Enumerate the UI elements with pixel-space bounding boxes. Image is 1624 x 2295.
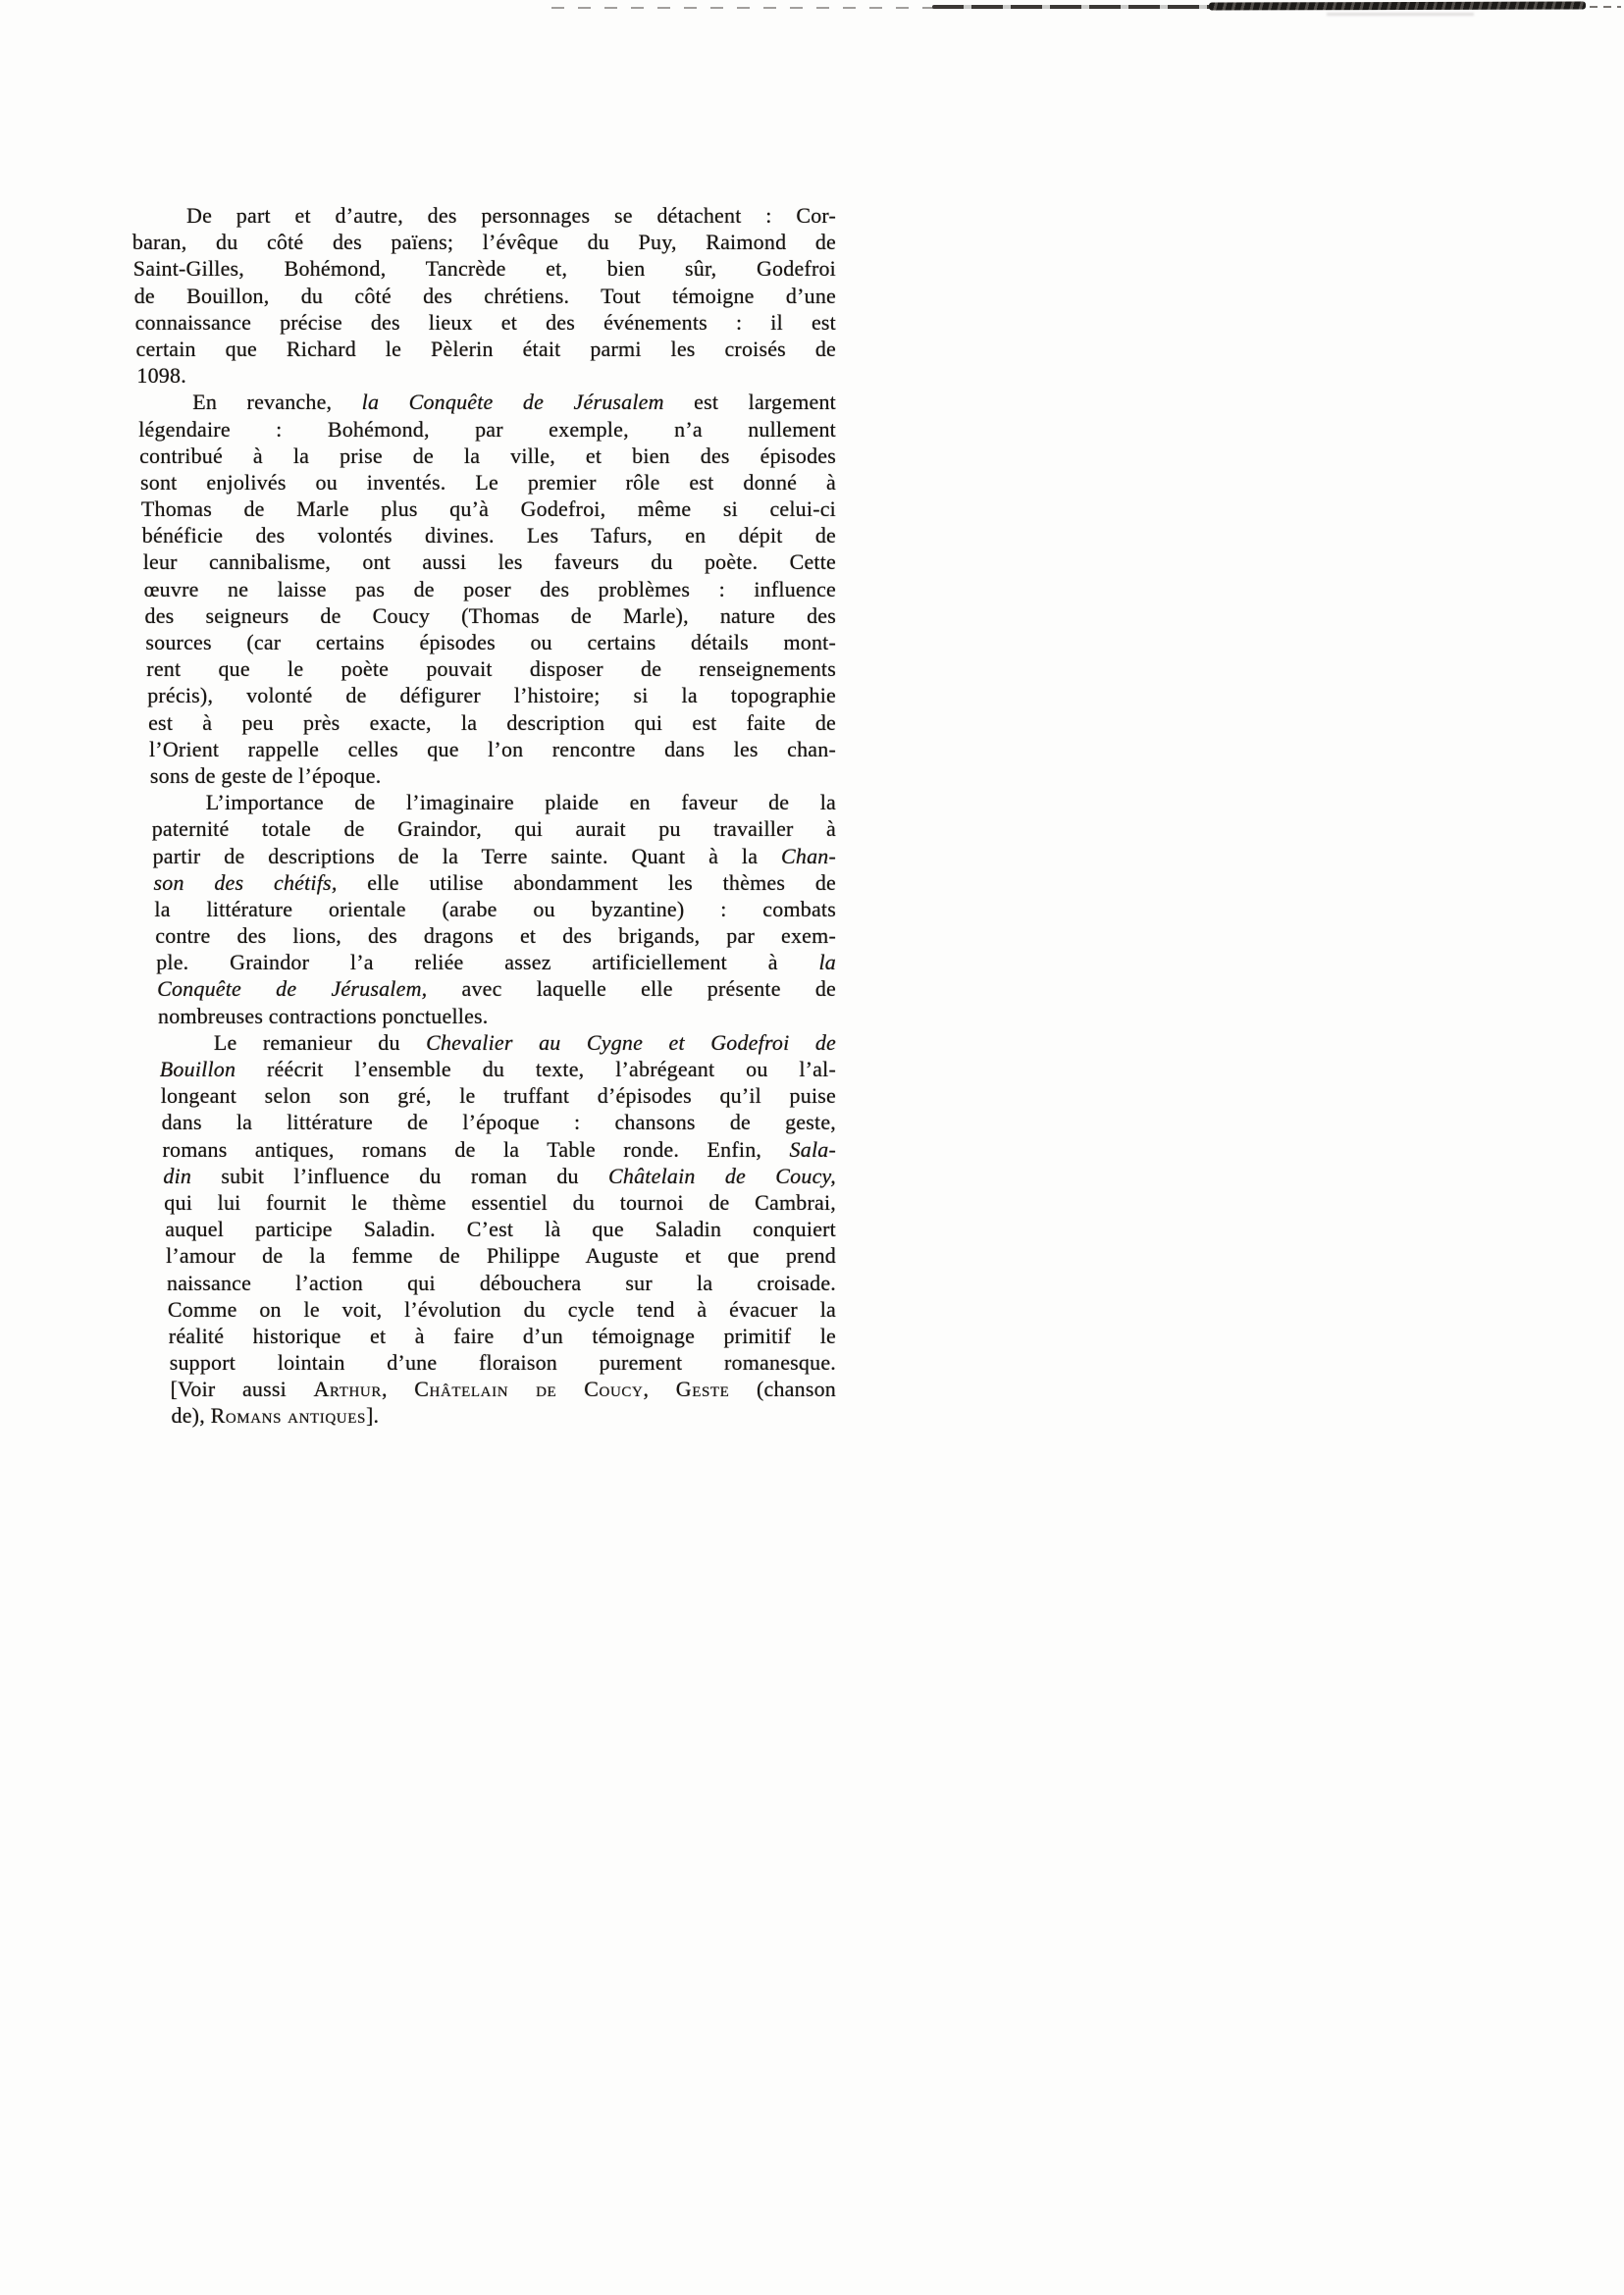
text-run: qui lui fournit le thème essentiel du to… [164, 1190, 836, 1215]
text-run: rent que le poète pouvait disposer de re… [146, 656, 836, 681]
text-run: romans antiques, romans de la Table rond… [163, 1137, 790, 1162]
text-run: contribué à la prise de la ville, et bie… [139, 443, 836, 468]
text-run: ple. Graindor l’a reliée assez artificie… [156, 950, 818, 974]
text-run: contre des lions, des dragons et des bri… [155, 923, 836, 948]
smallcaps-run: Châtelain de Coucy [414, 1377, 643, 1401]
text-run: légendaire : Bohémond, par exemple, n’a … [138, 417, 836, 442]
text-line: contre des lions, des dragons et des bri… [155, 922, 836, 949]
text-line: réalité historique et à faire d’un témoi… [169, 1323, 836, 1349]
text-run: bénéficie des volontés divines. Les Tafu… [142, 523, 836, 548]
italic-run: Bouillon [160, 1057, 236, 1081]
text-line: baran, du côté des païens; l’évêque du P… [132, 229, 836, 255]
text-line: En revanche, la Conquête de Jérusalem es… [137, 389, 836, 415]
text-run: des seigneurs de Coucy (Thomas de Marle)… [145, 603, 837, 628]
text-run: Le remanieur du [214, 1030, 426, 1055]
italic-run: Sala- [790, 1137, 836, 1162]
text-run: est à peu près exacte, la description qu… [148, 710, 836, 735]
text-line: din subit l’influence du roman du Châtel… [163, 1163, 836, 1189]
text-run: Thomas de Marle plus qu’à Godefroi, même… [141, 496, 836, 521]
text-run: l’Orient rappelle celles que l’on rencon… [149, 737, 836, 761]
text-line: sont enjolivés ou inventés. Le premier r… [140, 469, 836, 496]
text-run: de Bouillon, du côté des chrétiens. Tout… [134, 284, 836, 308]
article-text: De part et d’autre, des personnages se d… [131, 202, 836, 1430]
text-run: leur cannibalisme, ont aussi les faveurs… [143, 549, 836, 574]
italic-run: Chevalier au Cygne et Godefroi de [426, 1030, 836, 1055]
text-line: de Bouillon, du côté des chrétiens. Tout… [134, 283, 836, 309]
text-line: De part et d’autre, des personnages se d… [131, 202, 836, 229]
text-run: est largement [664, 390, 836, 414]
text-run: partir de descriptions de la Terre saint… [153, 844, 781, 868]
italic-run: Châtelain de Coucy, [608, 1164, 836, 1188]
text-run: auquel participe Saladin. C’est là que S… [165, 1217, 836, 1241]
text-run: , [382, 1377, 414, 1401]
italic-run: din [163, 1164, 191, 1188]
text-run: Comme on le voit, l’évolution du cycle t… [168, 1297, 836, 1322]
text-line: Thomas de Marle plus qu’à Godefroi, même… [141, 496, 836, 522]
text-line: 1098. [136, 362, 836, 389]
text-run: (chanson [729, 1377, 836, 1401]
text-run: support lointain d’une floraison puremen… [170, 1350, 836, 1375]
text-line: rent que le poète pouvait disposer de re… [146, 655, 836, 682]
scan-streak-artifact [1327, 13, 1474, 16]
text-run: [Voir aussi [171, 1377, 314, 1401]
smallcaps-run: Arthur [314, 1377, 382, 1401]
text-run: avec laquelle elle présente de [427, 976, 836, 1001]
smallcaps-run: Geste [676, 1377, 730, 1401]
text-line: leur cannibalisme, ont aussi les faveurs… [143, 548, 836, 575]
text-run: l’amour de la femme de Philippe Auguste … [166, 1243, 836, 1268]
scan-streak-artifact [551, 7, 934, 9]
text-line: Saint-Gilles, Bohémond, Tancrède et, bie… [133, 255, 836, 282]
text-line: l’amour de la femme de Philippe Auguste … [166, 1242, 836, 1269]
text-line: L’importance de l’imaginaire plaide en f… [151, 789, 836, 815]
smallcaps-run: Romans antiques [211, 1403, 366, 1428]
scan-streak-artifact [1209, 1, 1586, 10]
text-line: œuvre ne laisse pas de poser des problèm… [144, 576, 836, 602]
text-run: précis), volonté de défigurer l’histoire… [147, 683, 836, 707]
text-line: romans antiques, romans de la Table rond… [163, 1136, 837, 1163]
text-run: baran, du côté des païens; l’évêque du P… [132, 230, 836, 254]
text-line: Le remanieur du Chevalier au Cygne et Go… [159, 1029, 836, 1056]
text-run: certain que Richard le Pèlerin était par… [136, 337, 837, 361]
scan-streak-artifact [932, 5, 1211, 9]
italic-run: son des chétifs, [154, 870, 338, 895]
text-run: réécrit l’ensemble du texte, l’abrégeant… [236, 1057, 836, 1081]
text-run: la littérature orientale (arabe ou byzan… [154, 897, 836, 921]
text-run: sources (car certains épisodes ou certai… [145, 630, 836, 654]
text-run: Saint-Gilles, Bohémond, Tancrède et, bie… [133, 256, 836, 281]
text-run: elle utilise abondamment les thèmes de [338, 870, 836, 895]
text-line: naissance l’action qui débouchera sur la… [167, 1270, 836, 1296]
text-run: longeant selon son gré, le truffant d’ép… [161, 1083, 836, 1108]
text-line: précis), volonté de défigurer l’histoire… [147, 682, 836, 708]
scan-streak-artifact [1590, 6, 1621, 8]
text-run: L’importance de l’imaginaire plaide en f… [206, 790, 836, 814]
text-line: support lointain d’une floraison puremen… [170, 1349, 836, 1376]
text-line: auquel participe Saladin. C’est là que S… [165, 1216, 836, 1242]
scanned-page: De part et d’autre, des personnages se d… [0, 0, 1624, 2295]
text-run: subit l’influence du roman du [191, 1164, 608, 1188]
text-run: ]. [366, 1403, 379, 1428]
text-line: légendaire : Bohémond, par exemple, n’a … [138, 416, 836, 443]
text-line: des seigneurs de Coucy (Thomas de Marle)… [145, 602, 837, 629]
text-line: nombreuses contractions ponctuelles. [158, 1003, 836, 1029]
text-line: la littérature orientale (arabe ou byzan… [154, 896, 836, 922]
text-run: , [643, 1377, 675, 1401]
text-run: 1098. [136, 363, 186, 388]
text-run: réalité historique et à faire d’un témoi… [169, 1324, 836, 1348]
text-line: son des chétifs, elle utilise abondammen… [154, 869, 837, 896]
text-run: sont enjolivés ou inventés. Le premier r… [140, 470, 836, 495]
text-line: Comme on le voit, l’évolution du cycle t… [168, 1296, 836, 1323]
italic-run: la Conquête de Jérusalem [362, 390, 664, 414]
text-line: Conquête de Jérusalem, avec laquelle ell… [157, 975, 836, 1002]
text-line: ple. Graindor l’a reliée assez artificie… [156, 949, 836, 975]
text-line: certain que Richard le Pèlerin était par… [136, 336, 837, 362]
text-line: connaissance précise des lieux et des év… [135, 309, 836, 336]
italic-run: la [818, 950, 836, 974]
text-run: De part et d’autre, des personnages se d… [186, 203, 836, 228]
text-run: nombreuses contractions ponctuelles. [158, 1004, 489, 1028]
text-run: naissance l’action qui débouchera sur la… [167, 1271, 836, 1295]
text-line: [Voir aussi Arthur, Châtelain de Coucy, … [171, 1376, 836, 1402]
text-line: est à peu près exacte, la description qu… [148, 709, 836, 736]
text-run: paternité totale de Graindor, qui aurait… [152, 816, 836, 841]
text-line: de), Romans antiques]. [172, 1402, 837, 1429]
text-line: dans la littérature de l’époque : chanso… [162, 1109, 836, 1135]
text-line: contribué à la prise de la ville, et bie… [139, 443, 836, 469]
text-line: qui lui fournit le thème essentiel du to… [164, 1189, 836, 1216]
text-line: l’Orient rappelle celles que l’on rencon… [149, 736, 836, 762]
text-run: En revanche, [192, 390, 361, 414]
text-run: dans la littérature de l’époque : chanso… [162, 1110, 836, 1134]
text-run: de), [172, 1403, 211, 1428]
text-run: sons de geste de l’époque. [150, 763, 382, 788]
text-run: connaissance précise des lieux et des év… [135, 310, 836, 335]
italic-run: Conquête de Jérusalem, [157, 976, 427, 1001]
text-line: partir de descriptions de la Terre saint… [153, 843, 836, 869]
text-line: sources (car certains épisodes ou certai… [145, 629, 836, 655]
text-line: sons de geste de l’époque. [150, 762, 836, 789]
text-line: paternité totale de Graindor, qui aurait… [152, 815, 836, 842]
text-line: Bouillon réécrit l’ensemble du texte, l’… [160, 1056, 836, 1082]
italic-run: Chan- [781, 844, 836, 868]
text-line: bénéficie des volontés divines. Les Tafu… [142, 522, 836, 548]
text-line: longeant selon son gré, le truffant d’ép… [161, 1082, 836, 1109]
text-run: œuvre ne laisse pas de poser des problèm… [144, 577, 836, 601]
